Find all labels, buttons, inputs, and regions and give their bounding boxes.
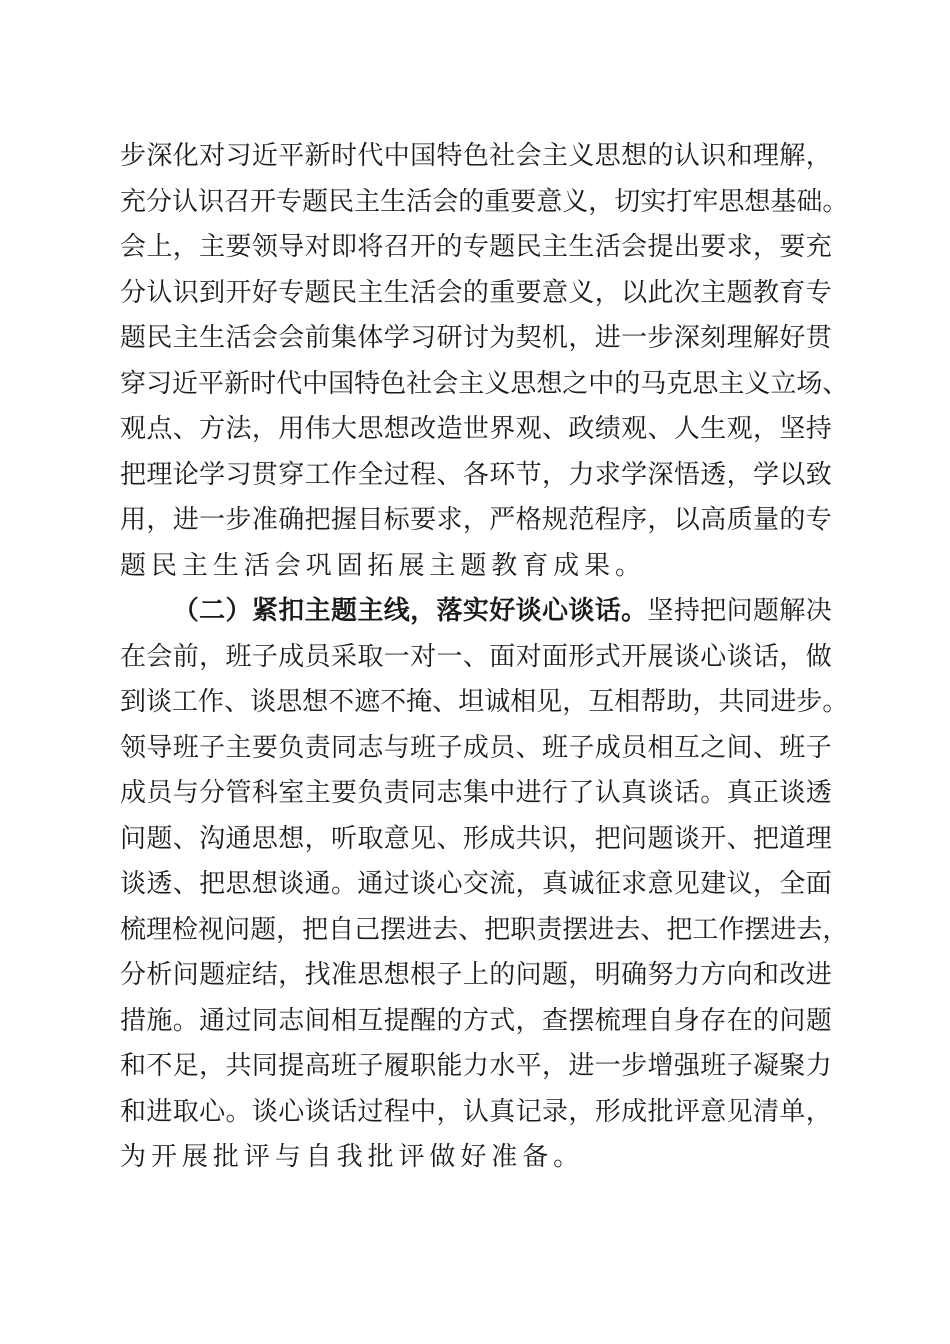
text-line: 领导班子主要负责同志与班子成员、班子成员相互之间、班子 — [120, 726, 832, 772]
section-heading-line: （二）紧扣主题主线，落实好谈心谈话。坚持把问题解决 — [120, 589, 832, 635]
text-line: 在会前，班子成员采取一对一、面对面形式开展谈心谈话，做 — [120, 635, 832, 681]
text-line: 分析问题症结，找准思想根子上的问题，明确努力方向和改进 — [120, 953, 832, 999]
text-line: 分认识到开好专题民主生活会的重要意义，以此次主题教育专 — [120, 271, 832, 317]
text-line: 谈透、把思想谈通。通过谈心交流，真诚征求意见建议，全面 — [120, 862, 832, 908]
text-line: 成员与分管科室主要负责同志集中进行了认真谈话。真正谈透 — [120, 771, 832, 817]
text-line: 步深化对习近平新时代中国特色社会主义思想的认识和理解， — [120, 134, 832, 180]
paragraph-1: 步深化对习近平新时代中国特色社会主义思想的认识和理解， 充分认识召开专题民主生活… — [120, 134, 832, 589]
text-line: 充分认识召开专题民主生活会的重要意义，切实打牢思想基础。 — [120, 180, 832, 226]
text-line: 和进取心。谈心谈话过程中，认真记录，形成批评意见清单， — [120, 1090, 832, 1136]
text-line: 把理论学习贯穿工作全过程、各环节，力求学深悟透，学以致 — [120, 453, 832, 499]
text-line: 问题、沟通思想，听取意见、形成共识，把问题谈开、把道理 — [120, 817, 832, 863]
text-line: 为开展批评与自我批评做好准备。 — [120, 1135, 832, 1181]
text-line: 和不足，共同提高班子履职能力水平，进一步增强班子凝聚力 — [120, 1044, 832, 1090]
text-line: 梳理检视问题，把自己摆进去、把职责摆进去、把工作摆进去， — [120, 908, 832, 954]
text-line: 穿习近平新时代中国特色社会主义思想之中的马克思主义立场、 — [120, 362, 832, 408]
paragraph-2: （二）紧扣主题主线，落实好谈心谈话。坚持把问题解决 在会前，班子成员采取一对一、… — [120, 589, 832, 1181]
text-line: 措施。通过同志间相互提醒的方式，查摆梳理自身存在的问题 — [120, 999, 832, 1045]
document-page: 步深化对习近平新时代中国特色社会主义思想的认识和理解， 充分认识召开专题民主生活… — [120, 134, 832, 1181]
text-line: 题民主生活会会前集体学习研讨为契机，进一步深刻理解好贯 — [120, 316, 832, 362]
text-line: 题民主生活会巩固拓展主题教育成果。 — [120, 544, 832, 590]
text-line: 用，进一步准确把握目标要求，严格规范程序，以高质量的专 — [120, 498, 832, 544]
text-line: 会上，主要领导对即将召开的专题民主生活会提出要求，要充 — [120, 225, 832, 271]
text-line: 观点、方法，用伟大思想改造世界观、政绩观、人生观，坚持 — [120, 407, 832, 453]
text-line: 到谈工作、谈思想不遮不掩、坦诚相见，互相帮助，共同进步。 — [120, 680, 832, 726]
